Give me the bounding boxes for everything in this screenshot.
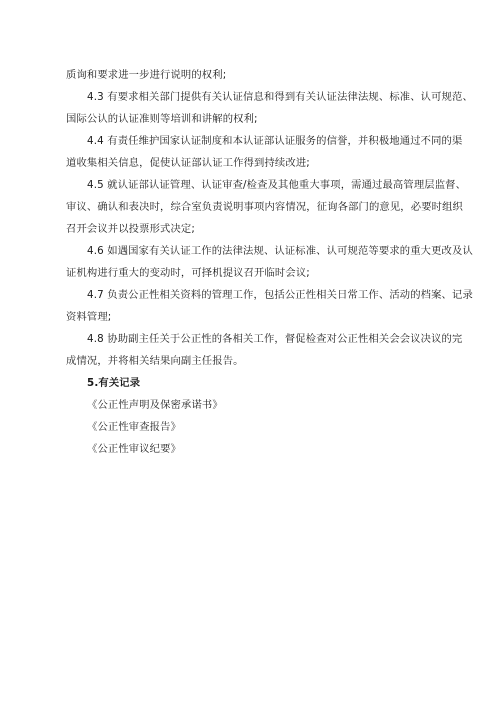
paragraph-line: 召开会议并以投票形式决定; (66, 218, 450, 240)
paragraph-line: 4.4 有责任维护国家认证制度和本认证部认证服务的信誉，并积极地通过不同的渠 (66, 130, 450, 152)
section-heading: 5.有关记录 (66, 372, 450, 394)
paragraph-line: 成情况，并将相关结果向副主任报告。 (66, 350, 450, 372)
paragraph-line: 4.8 协助副主任关于公正性的各相关工作，督促检查对公正性相关会会议决议的完 (66, 328, 450, 350)
paragraph-line: 4.7 负责公正性相关资料的管理工作，包括公正性相关日常工作、活动的档案、记录 (66, 284, 450, 306)
paragraph-line: 审议、确认和表决时，综合室负责说明事项内容情况，征询各部门的意见，必要时组织 (66, 196, 450, 218)
paragraph-line: 资料管理; (66, 306, 450, 328)
paragraph-line: 质询和要求进一步进行说明的权利; (66, 64, 450, 86)
paragraph-line: 4.6 如遇国家有关认证工作的法律法规、认证标准、认可规范等要求的重大更改及认 (66, 240, 450, 262)
paragraph-line: 国际公认的认证准则等培训和讲解的权利; (66, 108, 450, 130)
record-item: 《公正性声明及保密承诺书》 (66, 394, 450, 416)
paragraph-line: 证机构进行重大的变动时，可择机提议召开临时会议; (66, 262, 450, 284)
paragraph-line: 4.3 有要求相关部门提供有关认证信息和得到有关认证法律法规、标准、认可规范、 (66, 86, 450, 108)
record-item: 《公正性审查报告》 (66, 416, 450, 438)
document-page: 质询和要求进一步进行说明的权利; 4.3 有要求相关部门提供有关认证信息和得到有… (66, 64, 450, 460)
paragraph-line: 道收集相关信息，促使认证部认证工作得到持续改进; (66, 152, 450, 174)
paragraph-line: 4.5 就认证部认证管理、认证审查/检查及其他重大事项，需通过最高管理层监督、 (66, 174, 450, 196)
record-item: 《公正性审议纪要》 (66, 438, 450, 460)
